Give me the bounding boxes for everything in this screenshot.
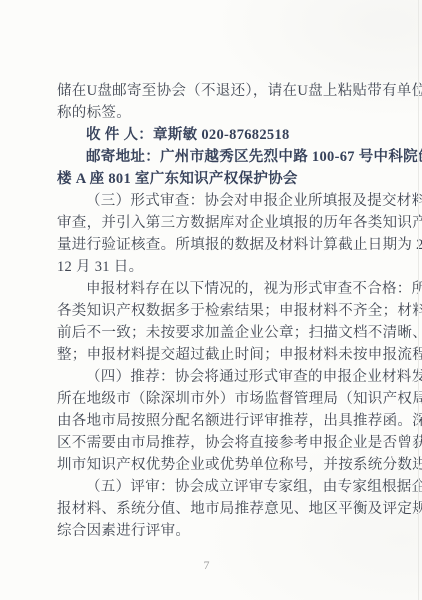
- document-line: 称的标签。: [57, 102, 402, 124]
- document-line: 报材料、系统分值、地市局推荐意见、地区平衡及评定规模等: [57, 498, 402, 520]
- document-line: 由各地市局按照分配名额进行评审推荐，出具推荐函。深圳地: [57, 410, 402, 432]
- document-line: 邮寄地址：广州市越秀区先烈中路 100-67 号中科院创新大: [57, 146, 402, 168]
- text-block: 储在U盘邮寄至协会（不退还），请在U盘上粘贴带有单位名称的标签。收 件 人：章斯…: [57, 80, 402, 542]
- document-line: （五）评审：协会成立评审专家组，由专家组根据企业申: [57, 476, 402, 498]
- document-line: 收 件 人：章斯敏 020-87682518: [57, 124, 402, 146]
- document-line: 综合因素进行评审。: [57, 520, 402, 542]
- document-line: 圳市知识产权优势企业或优势单位称号，并按系统分数进行推荐。: [57, 454, 402, 476]
- document-page: 储在U盘邮寄至协会（不退还），请在U盘上粘贴带有单位名称的标签。收 件 人：章斯…: [0, 0, 422, 600]
- scan-edge-artifact: [418, 0, 419, 600]
- document-line: （四）推荐：协会将通过形式审查的申报企业材料发送至: [57, 366, 402, 388]
- document-line: 审查，并引入第三方数据库对企业填报的历年各类知识产权数: [57, 212, 402, 234]
- document-line: 各类知识产权数据多于检索结果；申报材料不齐全；材料内容: [57, 300, 402, 322]
- document-line: 量进行验证核查。所填报的数据及材料计算截止日期为 2022 年: [57, 234, 402, 256]
- document-line: 前后不一致；未按要求加盖企业公章；扫描文档不清晰、不完: [57, 322, 402, 344]
- document-line: 整；申报材料提交超过截止时间；申报材料未按申报流程提交等。: [57, 344, 402, 366]
- document-line: （三）形式审查：协会对申报企业所填报及提交材料进行: [57, 190, 402, 212]
- document-line: 区不需要由市局推荐，协会将直接参考申报企业是否曾获得深: [57, 432, 402, 454]
- document-line: 申报材料存在以下情况的，视为形式审查不合格：所填报: [57, 278, 402, 300]
- document-line: 所在地级市（除深圳市外）市场监督管理局（知识产权局），: [57, 388, 402, 410]
- document-line: 12 月 31 日。: [57, 256, 402, 278]
- document-line: 储在U盘邮寄至协会（不退还），请在U盘上粘贴带有单位名: [57, 80, 402, 102]
- document-line: 楼 A 座 801 室广东知识产权保护协会: [57, 168, 402, 190]
- page-number: 7: [57, 558, 357, 573]
